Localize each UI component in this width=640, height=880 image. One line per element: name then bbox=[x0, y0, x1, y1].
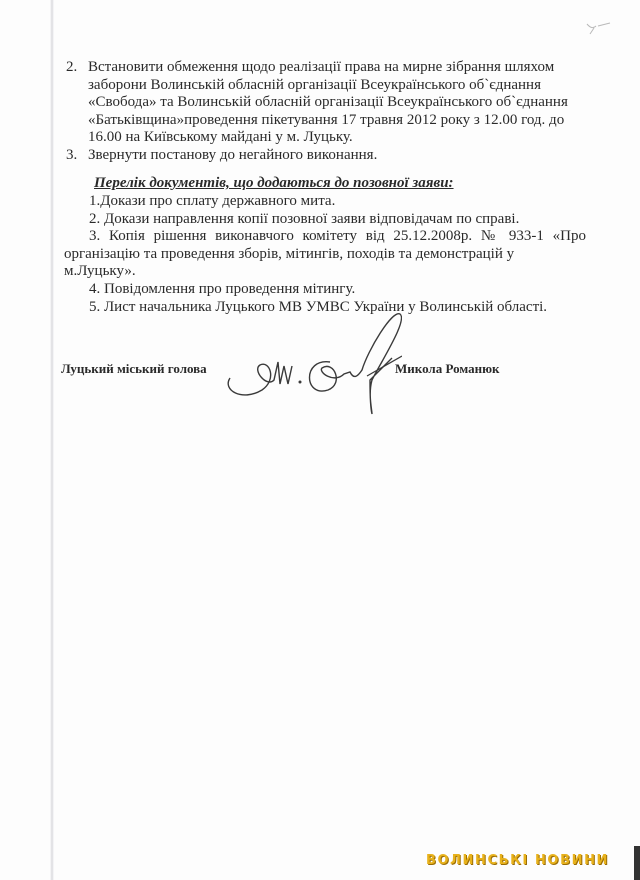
text-line: Звернути постанову до негайного виконанн… bbox=[88, 147, 576, 165]
item-number: 3. bbox=[66, 147, 77, 165]
item-number: 2. bbox=[66, 59, 77, 77]
list-item: 2. Встановити обмеження щодо реалізації … bbox=[66, 59, 576, 147]
scan-edge-shadow bbox=[50, 0, 54, 880]
watermark-logo: ВОЛИНСЬКІ НОВИНИ bbox=[426, 853, 609, 868]
attachment-item-continuation: організацію та проведення зборів, мітинг… bbox=[64, 246, 586, 281]
attachments-heading: Перелік документів, що додаються до позо… bbox=[94, 175, 454, 192]
handwritten-signature bbox=[222, 310, 402, 420]
attachment-item: 4. Повідомлення про проведення мітингу. bbox=[64, 281, 586, 299]
text-line: «Батьківщина»проведення пікетування 17 т… bbox=[88, 112, 576, 130]
text-line: 16.00 на Київському майдані у м. Луцьку. bbox=[88, 129, 576, 147]
attachments-list: 1.Докази про сплату державного мита. 2. … bbox=[64, 193, 586, 316]
text-line: Встановити обмеження щодо реалізації пра… bbox=[88, 59, 576, 77]
text-line: заборони Волинській обласній організації… bbox=[88, 77, 576, 95]
list-item: 3. Звернути постанову до негайного викон… bbox=[66, 147, 576, 165]
pen-mark bbox=[582, 18, 622, 38]
attachment-item: 3. Копія рішення виконавчого комітету ві… bbox=[64, 228, 586, 246]
signatory-title: Луцький міський голова bbox=[61, 361, 207, 377]
signatory-name: Микола Романюк bbox=[395, 361, 500, 377]
text-line: «Свобода» та Волинській обласній організ… bbox=[88, 94, 576, 112]
main-resolution-list: 2. Встановити обмеження щодо реалізації … bbox=[66, 59, 576, 164]
attachment-item: 2. Докази направлення копії позовної зая… bbox=[64, 211, 586, 229]
attachment-item: 1.Докази про сплату державного мита. bbox=[64, 193, 586, 211]
scan-edge bbox=[634, 846, 640, 880]
